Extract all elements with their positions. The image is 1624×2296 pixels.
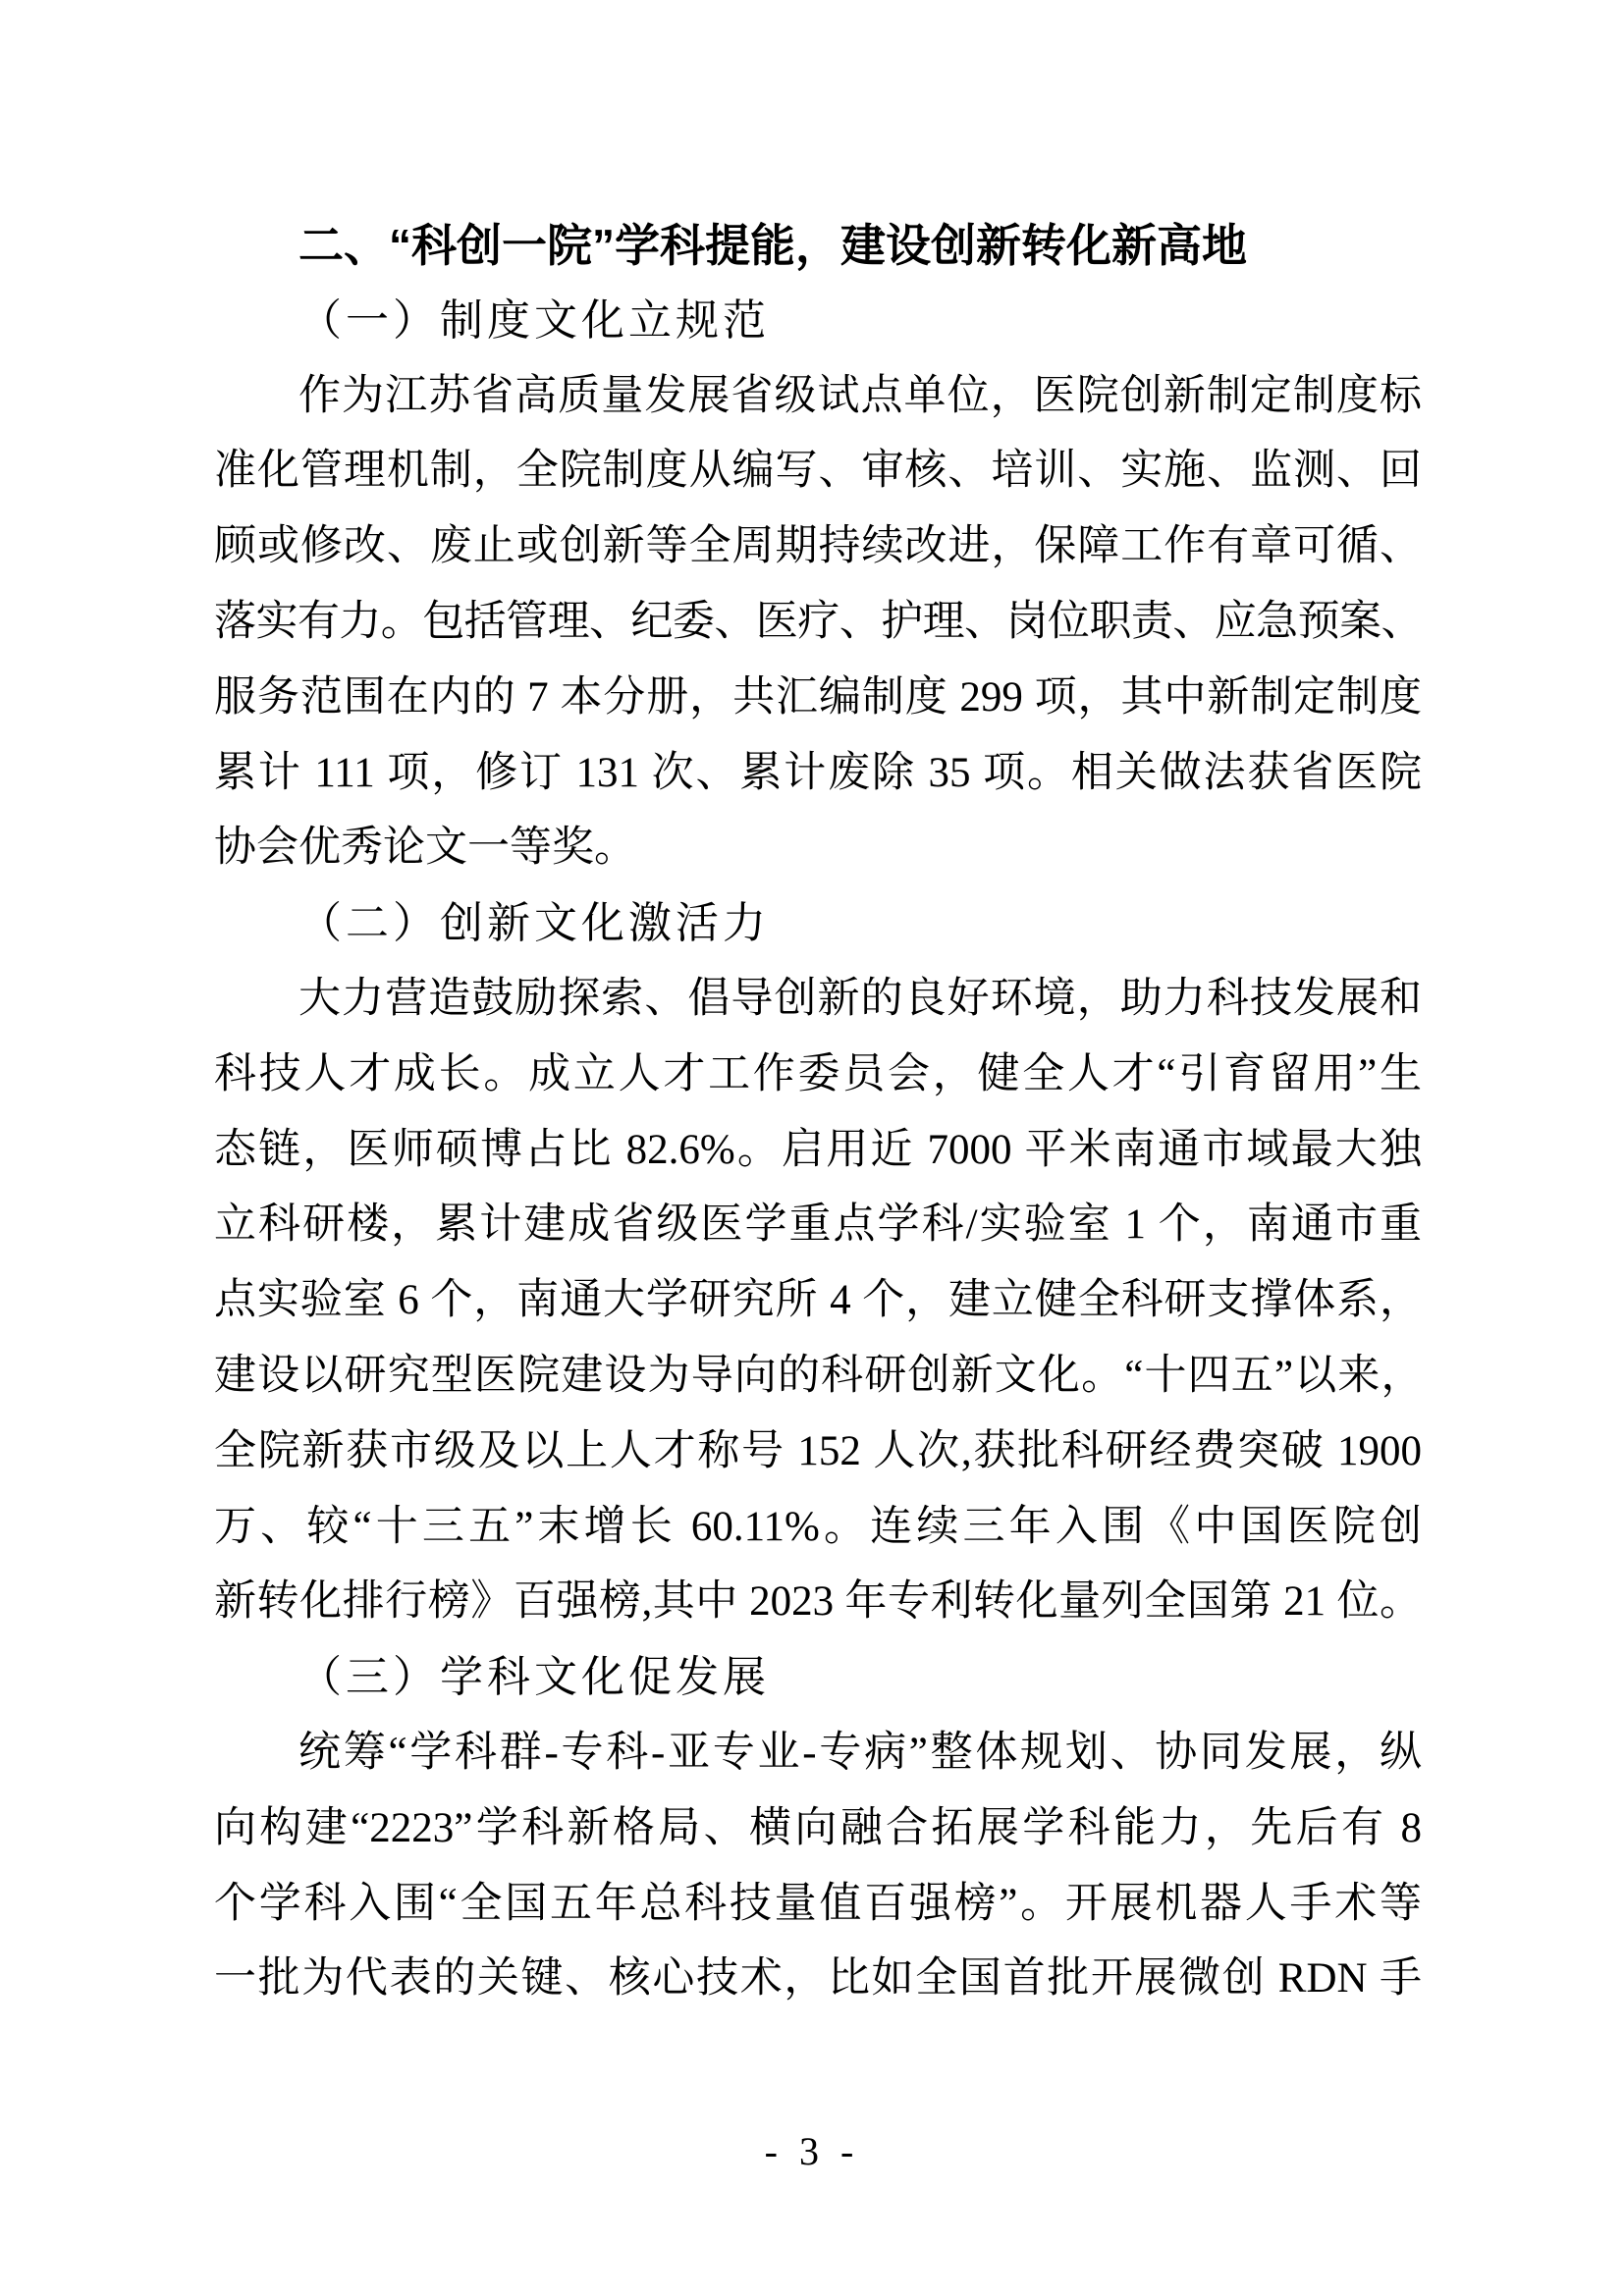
body-line: 统筹“学科群-专科-亚专业-专病”整体规划、协同发展，纵 [214,1716,1422,1791]
body-line: 协会优秀论文一等奖。 [214,811,1422,886]
page-content: 二、“科创一院”学科提能，建设创新转化新高地 （一）制度文化立规范 作为江苏省高… [214,208,1422,2017]
body-line: 态链，医师硕博占比 82.6%。启用近 7000 平米南通市域最大独 [214,1113,1422,1189]
subsection-title-2: （二）创新文化激活力 [214,886,1422,962]
body-line: 建设以研究型医院建设为导向的科研创新文化。“十四五”以来， [214,1339,1422,1415]
body-line: 立科研楼，累计建成省级医学重点学科/实验室 1 个，南通市重 [214,1188,1422,1263]
page-number: - 3 - [765,2129,860,2173]
body-line: 作为江苏省高质量发展省级试点单位，医院创新制定制度标 [214,359,1422,435]
subsection-title-1: （一）制度文化立规范 [214,284,1422,359]
subsection-title-3: （三）学科文化促发展 [214,1640,1422,1716]
section-heading: 二、“科创一院”学科提能，建设创新转化新高地 [214,208,1422,284]
body-line: 向构建“2223”学科新格局、横向融合拓展学科能力，先后有 8 [214,1791,1422,1867]
body-line: 顾或修改、废止或创新等全周期持续改进，保障工作有章可循、 [214,509,1422,585]
body-line: 服务范围在内的 7 本分册，共汇编制度 299 项，其中新制定制度 [214,661,1422,736]
page-footer: - 3 - [0,2128,1624,2174]
body-line: 点实验室 6 个，南通大学研究所 4 个，建立健全科研支撑体系， [214,1263,1422,1339]
body-line: 落实有力。包括管理、纪委、医疗、护理、岗位职责、应急预案、 [214,585,1422,661]
body-line: 全院新获市级及以上人才称号 152 人次,获批科研经费突破 1900 [214,1415,1422,1490]
document-page: 二、“科创一院”学科提能，建设创新转化新高地 （一）制度文化立规范 作为江苏省高… [0,0,1624,2296]
body-line: 个学科入围“全国五年总科技量值百强榜”。开展机器人手术等 [214,1867,1422,1943]
body-line: 新转化排行榜》百强榜,其中 2023 年专利转化量列全国第 21 位。 [214,1565,1422,1640]
body-line: 科技人才成长。成立人才工作委员会，健全人才“引育留用”生 [214,1038,1422,1113]
body-line: 万、较“十三五”末增长 60.11%。连续三年入围《中国医院创 [214,1490,1422,1566]
body-line: 准化管理机制，全院制度从编写、审核、培训、实施、监测、回 [214,434,1422,509]
body-line: 一批为代表的关键、核心技术，比如全国首批开展微创 RDN 手 [214,1942,1422,2017]
body-line: 累计 111 项，修订 131 次、累计废除 35 项。相关做法获省医院 [214,736,1422,812]
body-line: 大力营造鼓励探索、倡导创新的良好环境，助力科技发展和 [214,962,1422,1038]
